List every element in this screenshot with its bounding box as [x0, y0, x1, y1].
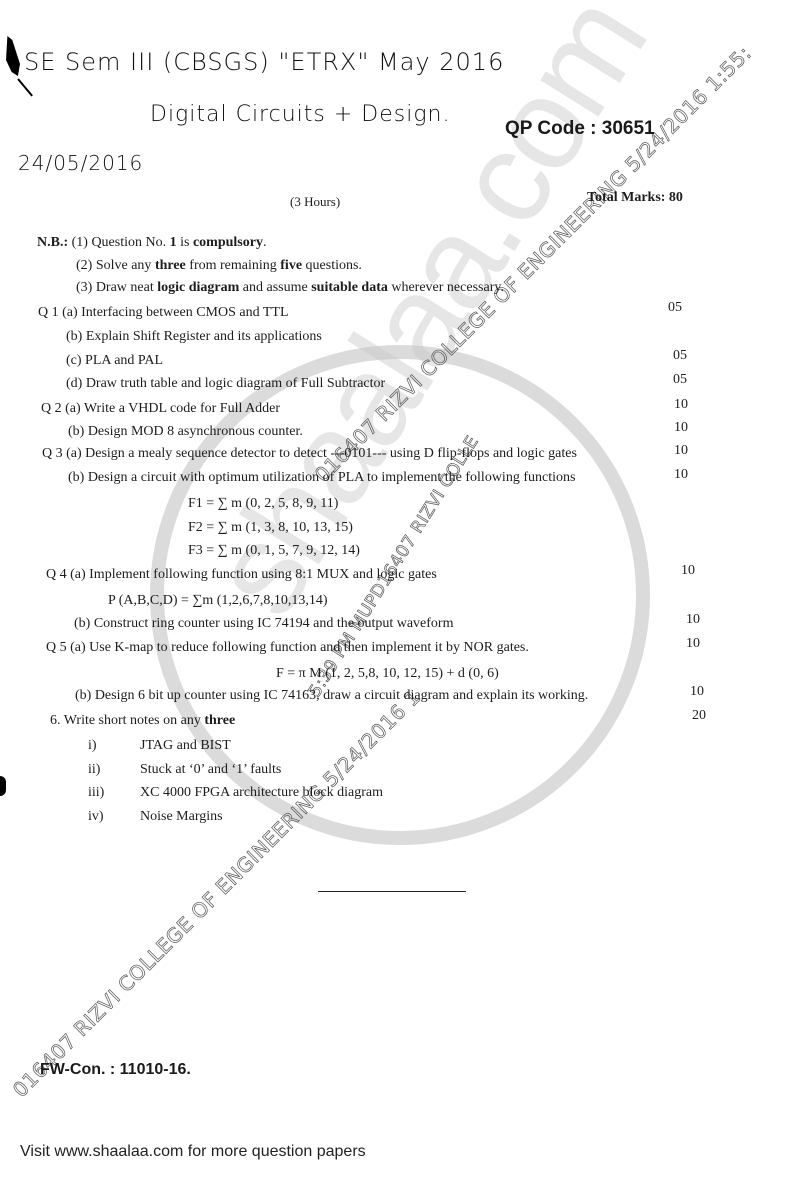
q6: 6. Write short notes on any three: [50, 713, 235, 729]
q1b: (b) Explain Shift Register and its appli…: [66, 329, 322, 345]
q5a-marks: 10: [686, 636, 700, 652]
q2b-marks: 10: [674, 420, 688, 436]
q2b: (b) Design MOD 8 asynchronous counter.: [68, 424, 303, 440]
q4b-marks: 10: [686, 612, 700, 628]
q1c-marks: 05: [673, 348, 687, 364]
q6-item: JTAG and BIST: [140, 738, 231, 754]
q3a: Q 3 (a) Design a mealy sequence detector…: [42, 446, 577, 462]
q1a-marks: 05: [668, 300, 682, 316]
q6-item: Noise Margins: [140, 809, 223, 825]
q3b-marks: 10: [674, 467, 688, 483]
q6-item: XC 4000 FPGA architecture block diagram: [140, 785, 383, 801]
q6-marks: 20: [692, 708, 706, 724]
q2a-marks: 10: [674, 397, 688, 413]
end-rule: [318, 891, 466, 892]
subject-handwritten: Digital Circuits + Design.: [150, 102, 450, 127]
instruction-2: (2) Solve any three from remaining five …: [76, 258, 362, 274]
q1a: Q 1 (a) Interfacing between CMOS and TTL: [38, 305, 289, 321]
q4a-marks: 10: [681, 563, 695, 579]
q1d-marks: 05: [673, 372, 687, 388]
q6-item-num: ii): [88, 762, 100, 778]
q1c: (c) PLA and PAL: [66, 353, 163, 369]
visit-link[interactable]: Visit www.shaalaa.com for more question …: [20, 1143, 366, 1161]
q3b-f2: F2 = ∑ m (1, 3, 8, 10, 13, 15): [188, 520, 353, 536]
ink-mark-tail: [17, 78, 33, 96]
q3b: (b) Design a circuit with optimum utiliz…: [68, 470, 575, 486]
ink-mark: [6, 36, 20, 76]
q6-item: Stuck at ‘0’ and ‘1’ faults: [140, 762, 281, 778]
q3b-f1: F1 = ∑ m (0, 2, 5, 8, 9, 11): [188, 496, 338, 512]
q6-item-num: iii): [88, 785, 104, 801]
q2a: Q 2 (a) Write a VHDL code for Full Adder: [41, 401, 280, 417]
exam-title-handwritten: SE Sem III (CBSGS) "ETRX" May 2016: [24, 48, 504, 76]
q5a-function: F = π M (1, 2, 5,8, 10, 12, 15) + d (0, …: [276, 666, 499, 682]
q3a-marks: 10: [674, 443, 688, 459]
duration: (3 Hours): [290, 194, 340, 210]
nb-prefix: N.B.:: [37, 235, 68, 250]
q3b-f3: F3 = ∑ m (0, 1, 5, 7, 9, 12, 14): [188, 543, 360, 559]
total-marks: Total Marks: 80: [587, 190, 683, 206]
q4a: Q 4 (a) Implement following function usi…: [46, 567, 437, 583]
q6-item-num: iv): [88, 809, 104, 825]
q4a-function: P (A,B,C,D) = ∑m (1,2,6,7,8,10,13,14): [108, 593, 328, 609]
q5a: Q 5 (a) Use K-map to reduce following fu…: [46, 640, 529, 656]
q1d: (d) Draw truth table and logic diagram o…: [66, 376, 385, 392]
edge-punch-mark: [0, 776, 6, 796]
q6-item-num: i): [88, 738, 97, 754]
qp-code: QP Code : 30651: [505, 118, 655, 140]
fw-con: FW-Con. : 11010-16.: [40, 1061, 191, 1079]
instruction-3: (3) Draw neat logic diagram and assume s…: [76, 280, 504, 296]
q5b-marks: 10: [690, 684, 704, 700]
instruction-1: N.B.: (1) Question No. 1 is compulsory.: [37, 235, 266, 251]
q4b: (b) Construct ring counter using IC 7419…: [74, 616, 453, 632]
exam-date: 24/05/2016: [18, 151, 143, 175]
q5b: (b) Design 6 bit up counter using IC 741…: [75, 688, 588, 704]
